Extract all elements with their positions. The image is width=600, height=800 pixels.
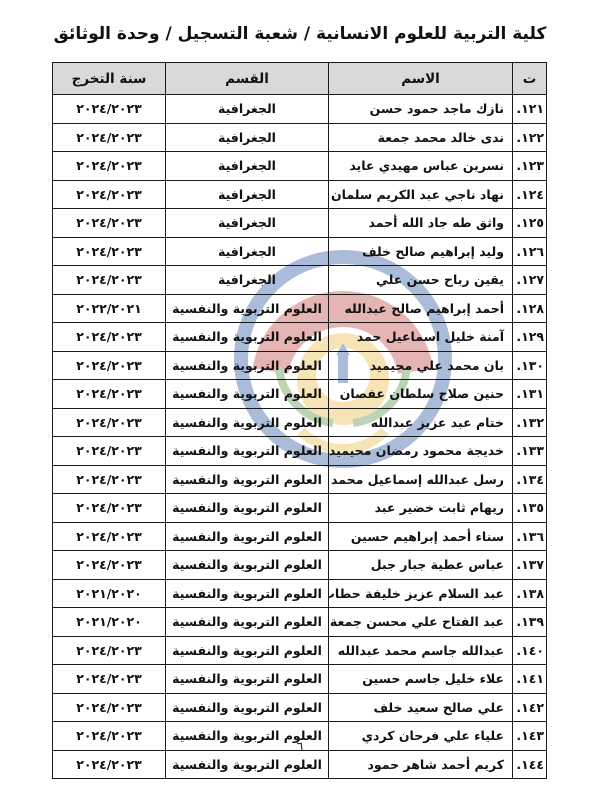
table-row: ١٢٢. ندى خالد محمد جمعة الجغرافية ٢٠٢٤/٢… bbox=[53, 123, 547, 152]
row-department: العلوم التربوية والنفسية bbox=[166, 494, 329, 523]
row-department: العلوم التربوية والنفسية bbox=[166, 722, 329, 751]
row-department: العلوم التربوية والنفسية bbox=[166, 380, 329, 409]
row-department: الجغرافية bbox=[166, 266, 329, 295]
row-graduation-year: ٢٠٢٢/٢٠٢١ bbox=[53, 294, 166, 323]
header-serial: ت bbox=[513, 63, 547, 95]
row-department: الجغرافية bbox=[166, 95, 329, 124]
row-name: خديجة محمود رمضان محيميد bbox=[329, 437, 513, 466]
row-name: بان محمد علي محيميد bbox=[329, 351, 513, 380]
table-row: ١٣٣. خديجة محمود رمضان محيميد العلوم الت… bbox=[53, 437, 547, 466]
table-row: ١٢٥. واثق طه جاد الله أحمد الجغرافية ٢٠٢… bbox=[53, 209, 547, 238]
table-row: ١٣٩. عبد الفتاح علي محسن جمعة العلوم الت… bbox=[53, 608, 547, 637]
header-name: الاسم bbox=[329, 63, 513, 95]
row-serial: ١٤٢. bbox=[513, 693, 547, 722]
document-page: كلية التربية للعلوم الانسانية / شعبة الت… bbox=[0, 0, 600, 800]
row-serial: ١٤٤. bbox=[513, 750, 547, 779]
row-department: العلوم التربوية والنفسية bbox=[166, 522, 329, 551]
row-serial: ١٣١. bbox=[513, 380, 547, 409]
row-name: وليد إبراهيم صالح خلف bbox=[329, 237, 513, 266]
row-graduation-year: ٢٠٢٤/٢٠٢٣ bbox=[53, 665, 166, 694]
row-serial: ١٢٤. bbox=[513, 180, 547, 209]
row-department: العلوم التربوية والنفسية bbox=[166, 693, 329, 722]
row-department: العلوم التربوية والنفسية bbox=[166, 551, 329, 580]
row-department: العلوم التربوية والنفسية bbox=[166, 323, 329, 352]
row-graduation-year: ٢٠٢٤/٢٠٢٣ bbox=[53, 380, 166, 409]
page-title: كلية التربية للعلوم الانسانية / شعبة الت… bbox=[0, 24, 600, 44]
row-serial: ١٤٠. bbox=[513, 636, 547, 665]
table-row: ١٢٤. نهاد ناجي عبد الكريم سلمان الجغرافي… bbox=[53, 180, 547, 209]
row-name: ختام عبد عزيز عبدالله bbox=[329, 408, 513, 437]
row-graduation-year: ٢٠٢٤/٢٠٢٣ bbox=[53, 123, 166, 152]
row-graduation-year: ٢٠٢٤/٢٠٢٣ bbox=[53, 152, 166, 181]
row-name: علاء خليل جاسم حسين bbox=[329, 665, 513, 694]
row-serial: ١٢٦. bbox=[513, 237, 547, 266]
row-name: حنين صلاح سلطان عفصان bbox=[329, 380, 513, 409]
row-serial: ١٣٧. bbox=[513, 551, 547, 580]
row-department: العلوم التربوية والنفسية bbox=[166, 665, 329, 694]
row-graduation-year: ٢٠٢١/٢٠٢٠ bbox=[53, 608, 166, 637]
row-graduation-year: ٢٠٢٤/٢٠٢٣ bbox=[53, 266, 166, 295]
row-department: العلوم التربوية والنفسية bbox=[166, 579, 329, 608]
row-name: نسرين عباس مهيدي عايد bbox=[329, 152, 513, 181]
row-department: العلوم التربوية والنفسية bbox=[166, 408, 329, 437]
row-name: ندى خالد محمد جمعة bbox=[329, 123, 513, 152]
table-row: ١٣١. حنين صلاح سلطان عفصان العلوم التربو… bbox=[53, 380, 547, 409]
row-graduation-year: ٢٠٢٤/٢٠٢٣ bbox=[53, 180, 166, 209]
row-graduation-year: ٢٠٢٤/٢٠٢٣ bbox=[53, 437, 166, 466]
row-serial: ١٤٣. bbox=[513, 722, 547, 751]
row-graduation-year: ٢٠٢٤/٢٠٢٣ bbox=[53, 494, 166, 523]
row-department: الجغرافية bbox=[166, 152, 329, 181]
table-row: ١٢١. نازك ماجد حمود حسن الجغرافية ٢٠٢٤/٢… bbox=[53, 95, 547, 124]
row-serial: ١٢٥. bbox=[513, 209, 547, 238]
row-graduation-year: ٢٠٢٤/٢٠٢٣ bbox=[53, 693, 166, 722]
row-serial: ١٣٨. bbox=[513, 579, 547, 608]
row-name: رسل عبدالله إسماعيل محمد bbox=[329, 465, 513, 494]
table-row: ١٤٠. عبدالله جاسم محمد عبدالله العلوم ال… bbox=[53, 636, 547, 665]
row-graduation-year: ٢٠٢٤/٢٠٢٣ bbox=[53, 750, 166, 779]
row-name: يقين رباح حسن علي bbox=[329, 266, 513, 295]
row-serial: ١٣٠. bbox=[513, 351, 547, 380]
row-graduation-year: ٢٠٢٤/٢٠٢٣ bbox=[53, 636, 166, 665]
row-serial: ١٢٩. bbox=[513, 323, 547, 352]
row-graduation-year: ٢٠٢٤/٢٠٢٣ bbox=[53, 351, 166, 380]
table-row: ١٢٦. وليد إبراهيم صالح خلف الجغرافية ٢٠٢… bbox=[53, 237, 547, 266]
table-row: ١٢٣. نسرين عباس مهيدي عايد الجغرافية ٢٠٢… bbox=[53, 152, 547, 181]
row-department: الجغرافية bbox=[166, 237, 329, 266]
row-serial: ١٢٣. bbox=[513, 152, 547, 181]
table-row: ١٤٣. علياء علي فرحان كردي العلوم التربوي… bbox=[53, 722, 547, 751]
row-name: سناء أحمد إبراهيم حسين bbox=[329, 522, 513, 551]
row-graduation-year: ٢٠٢٤/٢٠٢٣ bbox=[53, 551, 166, 580]
table-row: ١٣٨. عبد السلام عزيز خليفة حطاب العلوم ا… bbox=[53, 579, 547, 608]
table-row: ١٢٧. يقين رباح حسن علي الجغرافية ٢٠٢٤/٢٠… bbox=[53, 266, 547, 295]
row-name: كريم أحمد شاهر حمود bbox=[329, 750, 513, 779]
row-serial: ١٣٦. bbox=[513, 522, 547, 551]
row-serial: ١٣٣. bbox=[513, 437, 547, 466]
table-row: ١٣٧. عباس عطية جبار جبل العلوم التربوية … bbox=[53, 551, 547, 580]
row-name: عبد السلام عزيز خليفة حطاب bbox=[329, 579, 513, 608]
row-graduation-year: ٢٠٢٤/٢٠٢٣ bbox=[53, 209, 166, 238]
row-name: أحمد إبراهيم صالح عبدالله bbox=[329, 294, 513, 323]
row-serial: ١٢٢. bbox=[513, 123, 547, 152]
row-graduation-year: ٢٠٢١/٢٠٢٠ bbox=[53, 579, 166, 608]
row-department: العلوم التربوية والنفسية bbox=[166, 437, 329, 466]
row-department: العلوم التربوية والنفسية bbox=[166, 351, 329, 380]
table-row: ١٤١. علاء خليل جاسم حسين العلوم التربوية… bbox=[53, 665, 547, 694]
row-department: العلوم التربوية والنفسية bbox=[166, 750, 329, 779]
table-header-row: ت الاسم القسم سنة التخرج bbox=[53, 63, 547, 95]
row-serial: ١٣٤. bbox=[513, 465, 547, 494]
table-row: ١٣٤. رسل عبدالله إسماعيل محمد العلوم الت… bbox=[53, 465, 547, 494]
table-row: ١٣٦. سناء أحمد إبراهيم حسين العلوم الترب… bbox=[53, 522, 547, 551]
row-name: ريهام ثابت خضير عبد bbox=[329, 494, 513, 523]
row-serial: ١٢١. bbox=[513, 95, 547, 124]
row-department: العلوم التربوية والنفسية bbox=[166, 294, 329, 323]
table-row: ١٣٠. بان محمد علي محيميد العلوم التربوية… bbox=[53, 351, 547, 380]
row-name: آمنة خليل اسماعيل حمد bbox=[329, 323, 513, 352]
table-body: ١٢١. نازك ماجد حمود حسن الجغرافية ٢٠٢٤/٢… bbox=[53, 95, 547, 779]
table-row: ١٢٨. أحمد إبراهيم صالح عبدالله العلوم ال… bbox=[53, 294, 547, 323]
row-graduation-year: ٢٠٢٤/٢٠٢٣ bbox=[53, 323, 166, 352]
row-graduation-year: ٢٠٢٤/٢٠٢٣ bbox=[53, 237, 166, 266]
header-department: القسم bbox=[166, 63, 329, 95]
table-row: ١٢٩. آمنة خليل اسماعيل حمد العلوم التربو… bbox=[53, 323, 547, 352]
row-graduation-year: ٢٠٢٤/٢٠٢٣ bbox=[53, 522, 166, 551]
row-name: واثق طه جاد الله أحمد bbox=[329, 209, 513, 238]
row-name: عبد الفتاح علي محسن جمعة bbox=[329, 608, 513, 637]
table-row: ١٤٢. علي صالح سعيد خلف العلوم التربوية و… bbox=[53, 693, 547, 722]
header-graduation-year: سنة التخرج bbox=[53, 63, 166, 95]
table-row: ١٣٥. ريهام ثابت خضير عبد العلوم التربوية… bbox=[53, 494, 547, 523]
row-graduation-year: ٢٠٢٤/٢٠٢٣ bbox=[53, 722, 166, 751]
row-name: عباس عطية جبار جبل bbox=[329, 551, 513, 580]
row-name: نهاد ناجي عبد الكريم سلمان bbox=[329, 180, 513, 209]
row-name: علياء علي فرحان كردي bbox=[329, 722, 513, 751]
row-graduation-year: ٢٠٢٤/٢٠٢٣ bbox=[53, 408, 166, 437]
row-serial: ١٢٧. bbox=[513, 266, 547, 295]
row-graduation-year: ٢٠٢٤/٢٠٢٣ bbox=[53, 95, 166, 124]
row-department: العلوم التربوية والنفسية bbox=[166, 465, 329, 494]
table-row: ١٣٢. ختام عبد عزيز عبدالله العلوم التربو… bbox=[53, 408, 547, 437]
row-department: الجغرافية bbox=[166, 209, 329, 238]
row-serial: ١٤١. bbox=[513, 665, 547, 694]
table-row: ١٤٤. كريم أحمد شاهر حمود العلوم التربوية… bbox=[53, 750, 547, 779]
row-serial: ١٣٥. bbox=[513, 494, 547, 523]
row-department: الجغرافية bbox=[166, 180, 329, 209]
row-name: عبدالله جاسم محمد عبدالله bbox=[329, 636, 513, 665]
row-serial: ١٣٢. bbox=[513, 408, 547, 437]
row-serial: ١٢٨. bbox=[513, 294, 547, 323]
row-department: الجغرافية bbox=[166, 123, 329, 152]
row-department: العلوم التربوية والنفسية bbox=[166, 636, 329, 665]
row-name: نازك ماجد حمود حسن bbox=[329, 95, 513, 124]
row-graduation-year: ٢٠٢٤/٢٠٢٣ bbox=[53, 465, 166, 494]
row-serial: ١٣٩. bbox=[513, 608, 547, 637]
students-table: ت الاسم القسم سنة التخرج ١٢١. نازك ماجد … bbox=[52, 62, 547, 779]
row-name: علي صالح سعيد خلف bbox=[329, 693, 513, 722]
row-department: العلوم التربوية والنفسية bbox=[166, 608, 329, 637]
